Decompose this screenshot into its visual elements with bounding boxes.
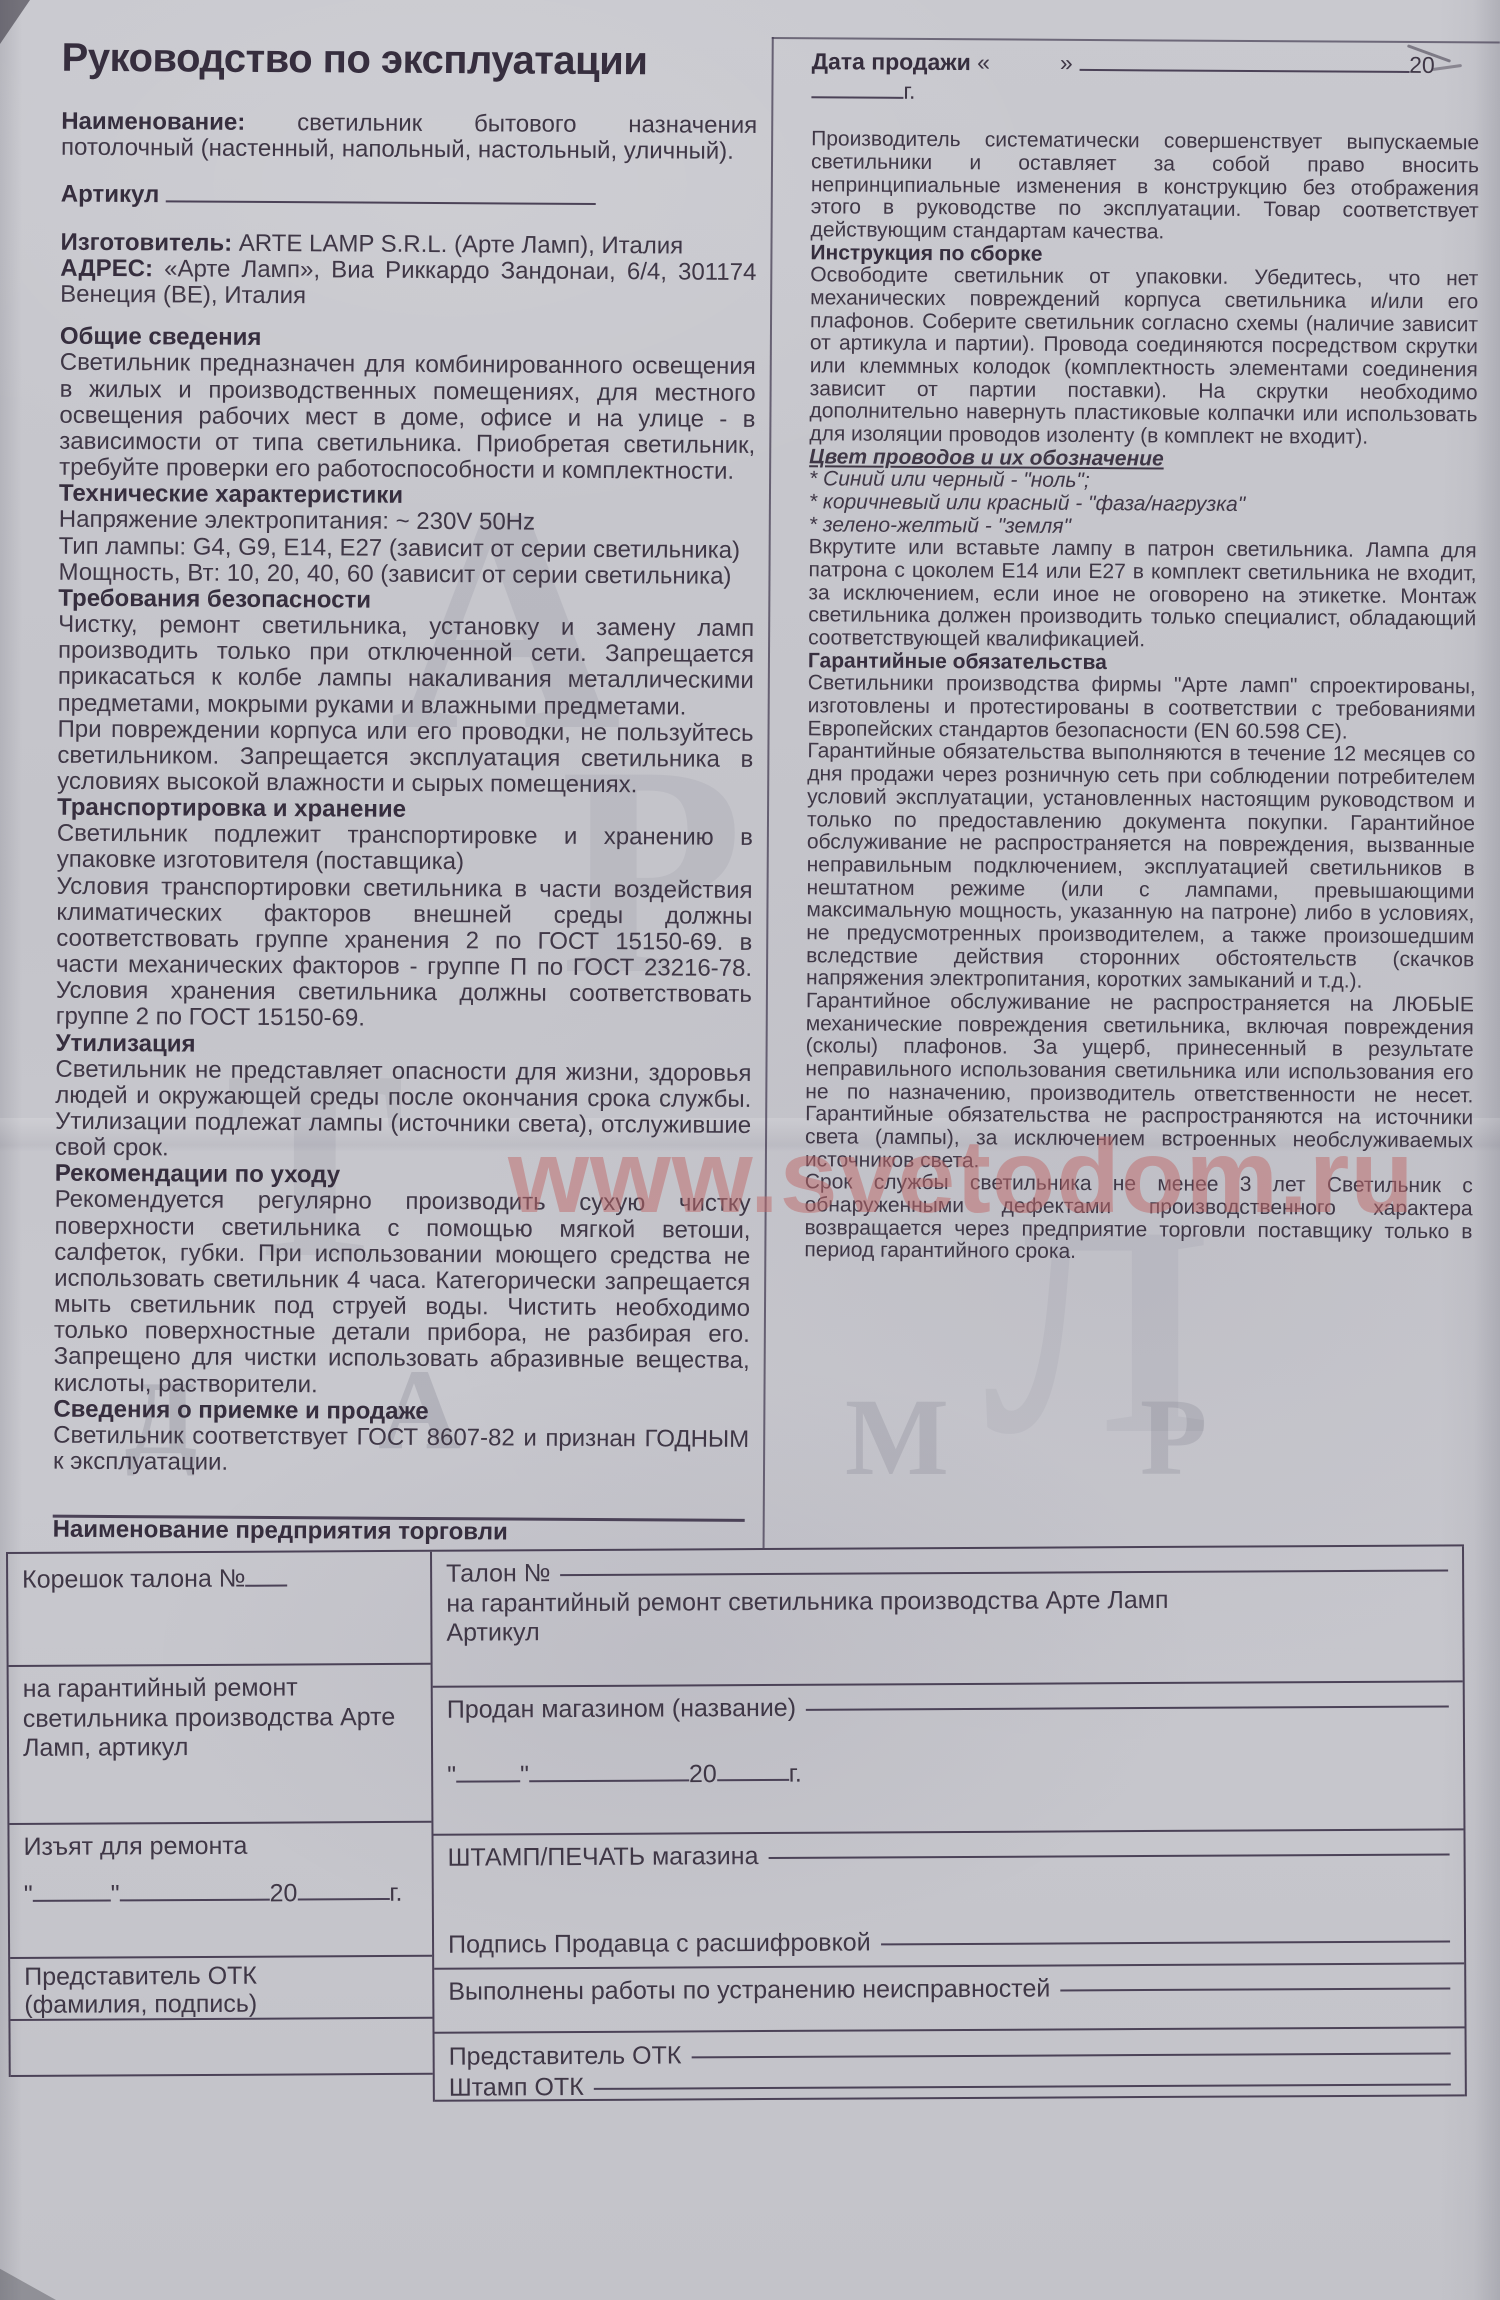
- talon-row-works: Выполнены работы по устранению неисправн…: [434, 1964, 1464, 2033]
- right-column: Дата продажи «» 20г. Производитель систе…: [804, 45, 1479, 1266]
- section-general-info: Общие сведения Светильник предназначен д…: [59, 324, 756, 485]
- sale-date-label: Дата продажи: [812, 48, 971, 75]
- stub-repair-text: на гарантийный ремонт светильника произв…: [23, 1673, 396, 1761]
- talon-row-otk: Представитель ОТК Штамп ОТК: [435, 2028, 1465, 2101]
- scanned-manual-page: А Р Т Д А Л М Р Руководство по эксплуата…: [0, 0, 1500, 2300]
- manufacturer-label: Изготовитель:: [60, 229, 232, 257]
- talon-date-year-prefix: 20: [689, 1760, 717, 1788]
- general-info-text: Светильник предназначен для комбинирован…: [59, 350, 756, 485]
- talon-signature-row: Подпись Продавца с расшифровкой: [448, 1925, 1450, 1960]
- left-column: Руководство по эксплуатации Наименование…: [53, 37, 758, 1548]
- sale-date-quote-close: »: [1060, 50, 1073, 76]
- talon-signature-blank: [881, 1940, 1450, 1945]
- talon-number-label: Талон №: [446, 1559, 551, 1589]
- sale-date-blank-line: [1079, 47, 1409, 73]
- section-care: Рекомендации по уходу Рекомендуется регу…: [53, 1161, 750, 1401]
- manufacturer-policy-text: Производитель систематически совершенств…: [811, 129, 1480, 246]
- talon-otk-row: Представитель ОТК: [449, 2036, 1451, 2072]
- talon-row-header: Талон № на гарантийный ремонт светильник…: [432, 1546, 1463, 1687]
- talon-sold-blank: [806, 1705, 1449, 1710]
- warranty-coupon-table: Корешок талона № на гарантийный ремонт с…: [6, 1544, 1467, 2104]
- talon-date-year-blank: [717, 1755, 789, 1781]
- stub-date-day-blank: [33, 1876, 111, 1902]
- sale-date-quote-open: «: [977, 49, 990, 75]
- section-disposal: Утилизация Светильник не представляет оп…: [55, 1030, 752, 1165]
- talon-date-year-suffix: г.: [789, 1759, 802, 1787]
- coupon-talon-column: Талон № на гарантийный ремонт светильник…: [430, 1546, 1467, 2101]
- stub-date-quote2: ": [111, 1880, 120, 1908]
- article-blank-line: [166, 177, 596, 204]
- stub-row-otk: Представитель ОТК (фамилия, подпись): [10, 1957, 432, 2021]
- talon-date-quote1: ": [447, 1761, 456, 1789]
- stub-otk-line1: Представитель ОТК: [24, 1961, 418, 1991]
- warranty-text-3: Гарантийное обслуживание не распространя…: [805, 990, 1474, 1175]
- stub-row-empty: [10, 2019, 432, 2077]
- top-right-rule: [772, 37, 1500, 43]
- sale-date-year-suffix: г.: [903, 77, 915, 103]
- section-safety: Требования безопасности Чистку, ремонт с…: [57, 586, 754, 799]
- assembly-text: Освободите светильник от упаковки. Убеди…: [809, 265, 1478, 450]
- designation-paragraph: Наименование: светильник бытового назнач…: [61, 108, 757, 165]
- lamp-install-text: Вкрутите или вставьте лампу в патрон све…: [808, 537, 1477, 654]
- talon-sold-label: Продан магазином (название): [447, 1694, 796, 1725]
- talon-stamp-blank: [768, 1853, 1449, 1859]
- talon-sold-row: Продан магазином (название): [447, 1690, 1449, 1725]
- talon-otk-blank: [691, 2052, 1450, 2058]
- stub-withdrawn-label: Изъят для ремонта: [23, 1831, 417, 1863]
- acceptance-text: Светильник соответствует ГОСТ 8607-82 и …: [53, 1423, 749, 1480]
- transport-text-2: Условия транспортировки светильника в ча…: [56, 873, 753, 1034]
- section-tech-specs: Технические характеристики Напряжение эл…: [58, 481, 755, 590]
- transport-text-1: Светильник подлежит транспортировке и хр…: [57, 821, 753, 878]
- stub-row-withdrawn: Изъят для ремонта ""20г.: [9, 1823, 432, 1959]
- article-row: Артикул: [61, 177, 757, 212]
- talon-otk-stamp-label: Штамп ОТК: [449, 2072, 584, 2104]
- talon-sold-date-line: ""20г.: [447, 1752, 1449, 1790]
- talon-row-sold: Продан магазином (название) ""20г.: [433, 1682, 1464, 1835]
- stub-number-label: Корешок талона №: [22, 1564, 246, 1593]
- stub-date-quote1: ": [24, 1880, 33, 1908]
- warranty-text-1: Светильники производства фирмы "Арте лам…: [807, 673, 1475, 745]
- care-text: Рекомендуется регулярно производить суху…: [53, 1187, 750, 1400]
- safety-text-2: При повреждении корпуса или его проводки…: [57, 716, 753, 799]
- talon-otk-stamp-blank: [594, 2084, 1451, 2090]
- coupon-stub-column: Корешок талона № на гарантийный ремонт с…: [6, 1552, 433, 2077]
- talon-row-stamp: ШТАМП/ПЕЧАТЬ магазина Подпись Продавца с…: [433, 1830, 1464, 1969]
- designation-label: Наименование:: [61, 107, 245, 135]
- article-label: Артикул: [61, 180, 160, 208]
- manual-title: Руководство по эксплуатации: [61, 37, 757, 85]
- talon-date-month-blank: [529, 1756, 689, 1783]
- talon-works-blank: [1060, 1987, 1450, 1991]
- warranty-text-4: Срок службы светильника не менее 3 лет С…: [804, 1172, 1473, 1267]
- sale-date-year-blank: [811, 74, 903, 98]
- stub-date-year-prefix: 20: [269, 1879, 297, 1907]
- stub-date-year-blank: [297, 1874, 389, 1900]
- talon-stamp-label: ШТАМП/ПЕЧАТЬ магазина: [448, 1842, 759, 1873]
- address-row: АДРЕС: «Арте Ламп», Виа Риккардо Зандона…: [60, 256, 756, 313]
- talon-date-quote2: ": [520, 1761, 529, 1789]
- address-label: АДРЕС:: [60, 255, 153, 283]
- manufacturer-text: ARTE LAMP S.R.L. (Арте Ламп), Италия: [239, 230, 684, 260]
- talon-number-blank: [561, 1569, 1449, 1576]
- safety-text-1: Чистку, ремонт светильника, установку и …: [58, 612, 755, 721]
- talon-otk-stamp-row: Штамп ОТК: [449, 2068, 1451, 2104]
- section-transport: Транспортировка и хранение Светильник по…: [56, 795, 753, 1035]
- stub-otk-line2: (фамилия, подпись): [24, 1989, 418, 2019]
- stub-number-blank: [245, 1561, 287, 1587]
- talon-stamp-row: ШТАМП/ПЕЧАТЬ магазина: [448, 1838, 1450, 1873]
- stub-row-repair: на гарантийный ремонт светильника произв…: [9, 1665, 432, 1825]
- talon-article-label: Артикул: [446, 1613, 1448, 1648]
- stub-date-year-suffix: г.: [389, 1878, 402, 1906]
- talon-works-row: Выполнены работы по устранению неисправн…: [448, 1972, 1450, 2007]
- sale-date-row: Дата продажи «» 20г.: [811, 45, 1479, 106]
- stub-withdrawn-date-line: ""20г.: [24, 1874, 418, 1909]
- warranty-text-2: Гарантийные обязательства выполняются в …: [806, 741, 1476, 994]
- talon-date-day-blank: [456, 1757, 520, 1783]
- trade-org-heading: Наименование предприятия торговли: [53, 1517, 749, 1547]
- column-divider-line: [763, 37, 774, 1549]
- stub-date-month-blank: [119, 1875, 269, 1902]
- section-acceptance: Сведения о приемке и продаже Светильник …: [53, 1396, 749, 1479]
- stub-row-number: Корешок талона №: [8, 1552, 431, 1667]
- disposal-text: Светильник не представляет опасности для…: [55, 1056, 752, 1165]
- talon-signature-label: Подпись Продавца с расшифровкой: [448, 1928, 871, 1960]
- address-text: «Арте Ламп», Виа Риккардо Зандонаи, 6/4,…: [60, 255, 756, 309]
- talon-otk-label: Представитель ОТК: [449, 2040, 682, 2072]
- talon-works-label: Выполнены работы по устранению неисправн…: [448, 1975, 1050, 2008]
